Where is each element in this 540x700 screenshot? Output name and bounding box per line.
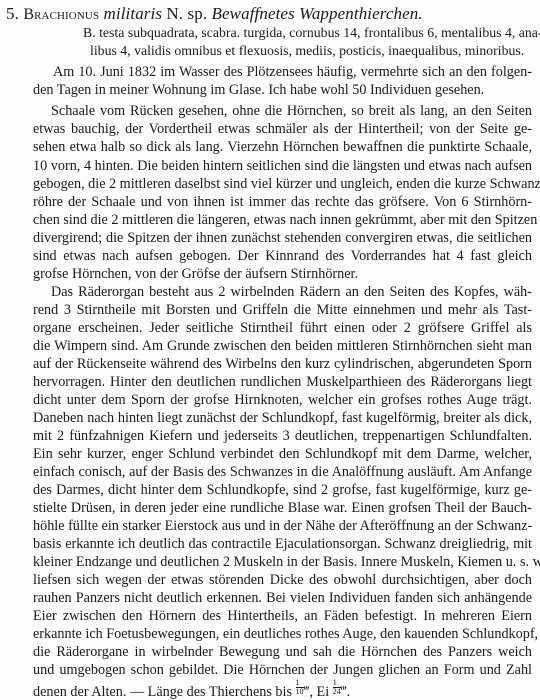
text-line: auf der Rückenseite während des Wirbelns… [33, 355, 532, 373]
text-line: kleiner Endzange und deutlichen 2 Muskel… [33, 553, 532, 571]
final-line-end: . [347, 684, 351, 700]
text-line: rauhen Panzers nicht deutlich erkennen. … [33, 589, 532, 607]
final-text-line: denen der Alten. — Länge des Thierchens … [33, 679, 350, 700]
text-line: dicht unter dem Sporn der grofse Hirnkno… [33, 391, 532, 409]
genus-name: Brachionus [23, 6, 99, 23]
text-line: liefsen sich wegen der etwas störenden D… [33, 571, 532, 589]
text-line: rend 3 Stirntheile mit Borsten und Griff… [33, 301, 532, 319]
text-line: Daneben nach hinten liegt zunächst der S… [33, 409, 532, 427]
text-line: Eier zwischen den Hörnern des Hinterthei… [33, 607, 532, 625]
text-line: sind etwas nach aufsen gebogen. Der Kinn… [33, 247, 532, 265]
text-line: Schaale vom Rücken gesehen, ohne die Hör… [51, 102, 532, 120]
diagnosis-line: libus 4, validis omnibus et flexuosis, m… [90, 42, 532, 60]
text-line: chen sind die 2 mittleren die längeren, … [33, 211, 532, 229]
text-line: Das Räderorgan besteht aus 2 wirbelnden … [51, 283, 532, 301]
text-line: erkannte ich Foetusbewegungen, ein deutl… [33, 625, 532, 643]
species-heading: 5. Brachionus militaris N. sp. Bewaffnet… [6, 4, 423, 24]
text-line: einfach conisch, auf der Basis des Schwa… [33, 463, 532, 481]
species-epithet: militaris [104, 4, 163, 23]
text-line: organe erscheinen. Jeder seitliche Stirn… [33, 319, 532, 337]
text-line: Am 10. Juni 1832 im Wasser des Plötzense… [53, 63, 532, 81]
common-name: Bewaffnetes Wappenthierchen. [212, 4, 423, 23]
length-fraction: 110 [296, 679, 304, 696]
text-line: des Darmes, dicht hinter dem Schlundkopf… [33, 481, 532, 499]
text-line: grofse Hörnchen, von der Gröfse der äufs… [33, 265, 532, 283]
text-line: basis erkannte ich deutlich das contract… [33, 535, 532, 553]
text-line: die Räderorgane in wirbelnder Bewegung u… [33, 643, 532, 661]
species-number: 5. [6, 4, 19, 23]
final-line-separator: , Ei [309, 684, 332, 700]
text-line: und umgebogen schon gebildet. Die Hörnch… [33, 661, 532, 679]
egg-fraction: 124 [333, 679, 341, 696]
text-line: 10 vorn, 4 hinten. Die beiden hintern se… [33, 157, 532, 175]
text-line: sehen etwa halb so dick als lang. Vierze… [33, 138, 532, 156]
text-line: hervorragen. Hinter den deutlichen rundl… [33, 373, 532, 391]
text-line: mit 2 fünfzahnigen Kiefern und jederseit… [33, 427, 532, 445]
text-line: divergirend; die Spitzen der ihnen zunäc… [33, 229, 532, 247]
text-line: höhle füllte ein starker Eierstock aus u… [33, 517, 532, 535]
text-line: die Wimpern sind. Am Grunde zwischen den… [33, 337, 532, 355]
text-line: röhre der Schaale und von ihnen ist imme… [33, 193, 532, 211]
document-page: 5. Brachionus militaris N. sp. Bewaffnet… [0, 0, 540, 700]
new-species-marker: N. sp. [166, 4, 207, 23]
diagnosis-line: B. testa subquadrata, scabra. turgida, c… [83, 24, 532, 42]
text-line: gebogen, die 2 mittleren daselbst sind v… [33, 175, 532, 193]
text-line: etwas bauchig, der Vordertheil etwas sch… [33, 120, 532, 138]
final-line-text: denen der Alten. — Länge des Thierchens … [33, 684, 296, 700]
text-line: stielte Drüsen, in deren jeder eine rund… [33, 499, 532, 517]
text-line: Ein sehr kurzer, enger Schlund verbindet… [33, 445, 532, 463]
text-line: den Tagen in meiner Wohnung im Glase. Ic… [33, 81, 532, 99]
